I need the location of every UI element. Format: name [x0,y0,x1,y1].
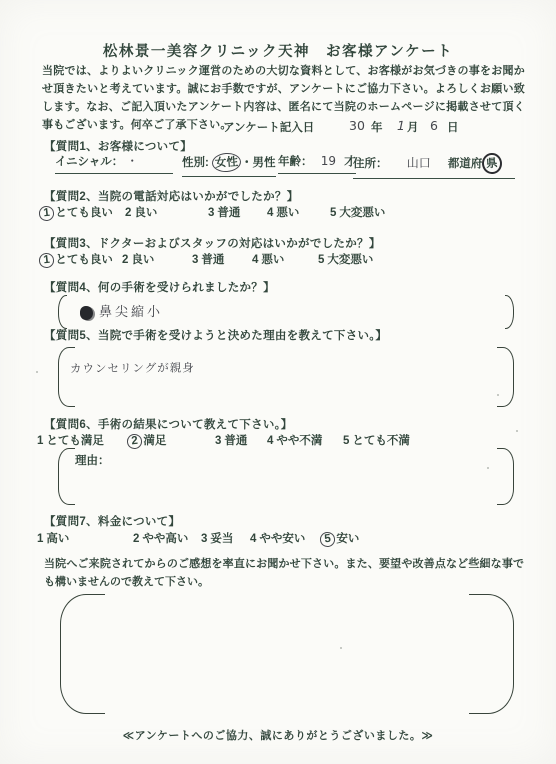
initial-value: ・ [127,154,139,168]
q3-options: 1とても良い 2良い 3普通 4悪い 5大変悪い [0,251,556,268]
option-label: 妥当 [210,533,233,545]
q6-bracket-left [58,448,75,505]
date-month-unit: 月 [407,119,419,135]
option-number: 4 [267,435,273,447]
q1-heading: 【質問1、お客様について】 [44,138,192,154]
gender-male-label: 男性 [253,157,276,169]
q5-bracket-left [58,347,75,407]
scan-speck [497,394,499,396]
option-label: 良い [131,254,154,266]
q5-answer: カウンセリングが親身 [70,359,195,376]
q1-fields-row: イニシャル： ・ 性別: 女性・男性 年齢： 19 才 住所： 山口 都道府県 [0,153,556,173]
q2-option-2: 2良い [125,204,157,220]
prefecture-suffix: 都道府 [448,158,483,170]
option-number: 3 [192,254,198,266]
q2-option-3: 3普通 [208,204,240,220]
date-year-unit: 年 [371,119,383,135]
date-label: アンケート記入日 [223,119,314,135]
option-label: 悪い [261,254,284,266]
option-label: 普通 [224,435,247,447]
q6-option-3: 3普通 [215,432,247,448]
feedback-bracket-right [469,594,514,714]
initial-field: イニシャル： ・ [55,153,173,174]
date-year-value: 30 [349,118,365,133]
date-day-value: 6 [430,118,438,133]
q5-heading: 【質問5、当院で手術を受けようと決めた理由を教えて下さい。】 [44,327,387,343]
age-value: 19 [321,154,336,168]
q2-option-5: 5大変悪い [330,204,385,220]
scan-speck [487,467,489,469]
address-field: 住所： 山口 都道府県 [353,153,515,179]
q4-heading: 【質問4、何の手術を受けられましたか？】 [44,279,275,295]
gender-field: 性別: 女性・男性 [182,153,276,177]
option-label: 満足 [143,435,166,447]
q3-option-5: 5大変悪い [318,251,373,267]
footer-thanks: ≪アンケートへのご協力、誠にありがとうございました。≫ [0,727,556,743]
q6-bracket-right [497,448,514,505]
option-label: 普通 [201,254,224,266]
option-number: 4 [250,533,256,545]
q7-option-3: 3妥当 [201,530,233,546]
scribble-mark [80,306,93,320]
option-number: 1 [37,533,43,545]
age-field: 年齢： 19 才 [278,153,356,174]
q2-options: 1とても良い 2良い 3普通 4悪い 5大変悪い [0,204,556,221]
option-label: とても良い [55,207,113,219]
prefecture-last-char: 県 [486,158,498,171]
q7-heading: 【質問7、料金について】 [44,513,180,529]
option-number: 4 [252,254,258,266]
q3-option-2: 2良い [122,251,154,267]
q7-option-2: 2やや高い [133,530,188,546]
option-label: やや不満 [276,435,322,447]
address-label: 住所： [353,158,388,170]
gender-separator: ・ [241,157,253,169]
q3-heading: 【質問3、ドクターおよびスタッフの対応はいかがでしたか？】 [44,235,381,251]
option-number: 3 [208,207,214,219]
q7-option-5: 5安い [325,530,359,547]
option-number: 5 [318,254,324,266]
option-number: 1 [37,435,43,447]
date-row: アンケート記入日 30 年 1 月 6 日 [0,119,556,137]
initial-label: イニシャル： [55,156,123,168]
q4-bracket-left [58,295,67,329]
gender-female-circle: 女性 [211,152,241,173]
option-label: 安い [336,533,359,545]
option-label: 普通 [217,207,240,219]
option-number: 5 [319,531,336,548]
q6-option-2: 2満足 [132,432,166,449]
option-label: 高い [46,533,69,545]
date-month-value: 1 [395,118,406,133]
q6-option-4: 4やや不満 [267,432,322,448]
option-number: 2 [125,207,131,219]
q6-reason-label: 理由： [75,452,110,468]
gender-female-label: 女性 [215,156,239,170]
gender-label: 性別: [182,157,209,169]
q3-option-1: 1とても良い [44,251,113,268]
scan-speck [516,430,518,432]
option-number: 1 [38,252,55,269]
scan-speck [36,371,38,373]
option-label: やや高い [142,533,188,545]
q6-option-5: 5とても不満 [343,432,410,448]
feedback-prompt: 当院へご来院されてからのご感想を率直にお聞かせ下さい。また、要望や改善点など些細… [44,556,524,591]
feedback-bracket-left [60,594,105,714]
option-label: とても満足 [46,435,104,447]
option-number: 1 [38,205,55,222]
q7-options: 1高い 2やや高い 3妥当 4やや安い 5安い [0,530,556,547]
scan-speck [340,647,342,649]
option-label: 大変悪い [339,207,385,219]
q2-option-1: 1とても良い [44,204,113,221]
option-number: 2 [122,254,128,266]
option-number: 5 [330,207,336,219]
q6-option-1: 1とても満足 [37,432,104,448]
date-day-unit: 日 [447,119,459,135]
q7-option-1: 1高い [37,530,69,546]
option-number: 5 [343,435,349,447]
q6-options: 1とても満足 2満足 3普通 4やや不満 5とても不満 [0,432,556,449]
option-label: 大変悪い [327,254,373,266]
q7-option-4: 4やや安い [250,530,305,546]
q2-heading: 【質問2、当院の電話対応はいかがでしたか？】 [44,188,299,204]
q4-answer: 鼻尖縮小 [80,301,163,320]
option-label: 良い [134,207,157,219]
q4-answer-text: 鼻尖縮小 [99,305,163,320]
age-label: 年齢： [278,156,313,168]
option-number: 3 [215,435,221,447]
option-number: 2 [126,433,143,450]
option-label: やや安い [259,533,305,545]
option-label: とても不満 [352,435,410,447]
q3-option-4: 4悪い [252,251,284,267]
option-number: 3 [201,533,207,545]
option-label: 悪い [276,207,299,219]
q4-bracket-right [505,295,514,329]
q6-heading: 【質問6、手術の結果について教えて下さい。】 [44,416,293,432]
page-title: 松林景一美容クリニック天神 お客様アンケート [0,40,556,61]
option-number: 2 [133,533,139,545]
q3-option-3: 3普通 [192,251,224,267]
option-label: とても良い [55,254,113,266]
q5-bracket-right [497,347,514,407]
address-value: 山口 [407,156,431,170]
prefecture-circle: 県 [482,152,503,174]
option-number: 4 [267,207,273,219]
q2-option-4: 4悪い [267,204,299,220]
survey-scan-page: 松林景一美容クリニック天神 お客様アンケート 当院では、よりよいクリニック運営の… [0,0,556,764]
